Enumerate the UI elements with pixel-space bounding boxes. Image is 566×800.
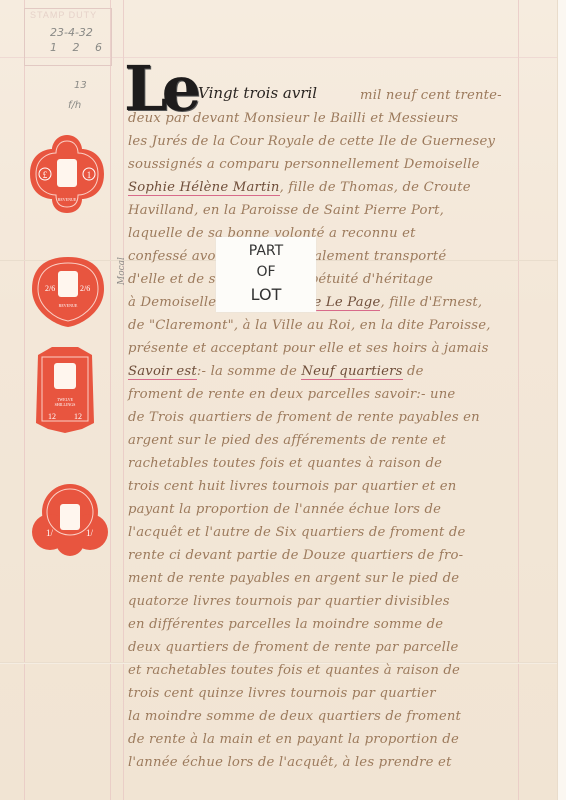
svg-text:2/6: 2/6 (45, 284, 55, 293)
note-line: LOT (216, 285, 316, 304)
text-line: Sophie Hélène Martin, fille de Thomas, d… (128, 180, 471, 195)
margin-signature: Mocal (117, 257, 127, 285)
seller-name: Sophie Hélène Martin (128, 180, 280, 196)
text-line: et rachetables toutes fois et quantes à … (128, 663, 460, 678)
svg-text:12: 12 (74, 412, 82, 421)
note-line: OF (216, 264, 316, 280)
neuf-quartiers: Neuf quartiers (301, 364, 402, 380)
text-line: en différentes parcelles la moindre somm… (128, 617, 443, 632)
text-fragment: , fille de Thomas, de Croute (280, 180, 471, 195)
text-line: trois cent quinze livres tournois par qu… (128, 686, 436, 701)
svg-text:REVENUE: REVENUE (58, 197, 77, 202)
text-line: soussignés a comparu personnellement Dem… (128, 157, 480, 172)
text-line: de "Claremont", à la Ville au Roi, en la… (128, 318, 491, 333)
text-line: Savoir est:- la somme de Neuf quartiers … (128, 364, 424, 379)
note-line: PART (216, 243, 316, 259)
text-fragment: :- la somme de (197, 364, 302, 379)
text-line: rente ci devant partie de Douze quartier… (128, 548, 463, 563)
text-line: deux quartiers de froment de rente par p… (128, 640, 459, 655)
text-line: ment de rente payables en argent sur le … (128, 571, 459, 586)
text-line: deux par devant Monsieur le Bailli et Me… (128, 111, 458, 126)
revenue-stamp-one-shilling: 1/ 1/ (30, 482, 110, 562)
text-fragment: à Demoiselle (128, 295, 221, 310)
text-line: froment de rente en deux parcelles savoi… (128, 387, 455, 402)
text-line: de Trois quartiers de froment de rente p… (128, 410, 480, 425)
text-line: argent sur le pied des afférements de re… (128, 433, 446, 448)
stamp-duty-label: STAMP DUTY (30, 10, 97, 20)
margin-rule (24, 0, 25, 800)
text-fragment: , fille d'Ernest, (380, 295, 482, 310)
text-line: payant la proportion de l'année échue lo… (128, 502, 441, 517)
text-fragment: de (403, 364, 424, 379)
svg-text:1/: 1/ (86, 528, 94, 538)
text-line: l'année échue lors de l'acquêt, à les pr… (128, 755, 452, 770)
svg-text:REVENUE: REVENUE (59, 303, 78, 308)
revenue-stamp-one-pound: £ 1 REVENUE (28, 133, 106, 215)
text-line: Havilland, en la Paroisse de Saint Pierr… (128, 203, 444, 218)
revenue-stamp-twelve-shillings: TWELVE SHILLINGS 12 12 (32, 345, 98, 435)
text-line: la moindre somme de deux quartiers de fr… (128, 709, 461, 724)
text-line: trois cent huit livres tournois par quar… (128, 479, 457, 494)
date-text: Vingt trois avril (198, 84, 317, 102)
page-edge (557, 0, 566, 800)
pencil-note: 13 (74, 80, 87, 91)
text-line: l'acquêt et l'autre de Six quartiers de … (128, 525, 466, 540)
text-line: les Jurés de la Cour Royale de cette Ile… (128, 134, 495, 149)
svg-text:12: 12 (48, 412, 56, 421)
svg-text:2/6: 2/6 (80, 284, 90, 293)
text-line: de rente à la main et en payant la propo… (128, 732, 459, 747)
margin-rule (110, 0, 111, 800)
text-line: rachetables toutes fois et quantes à rai… (128, 456, 442, 471)
margin-rule (518, 0, 519, 800)
svg-text:£: £ (43, 170, 48, 180)
text-line: quatorze livres tournois par quartier di… (128, 594, 450, 609)
svg-text:SHILLINGS: SHILLINGS (55, 402, 76, 407)
savoir-est: Savoir est (128, 364, 197, 380)
part-of-lot-label: PART OF LOT (216, 237, 316, 312)
svg-text:1: 1 (87, 170, 92, 180)
text-line: mil neuf cent trente- (360, 88, 502, 103)
text-line: présente et acceptant pour elle et ses h… (128, 341, 489, 356)
shield-stamp-icon: 2/6 2/6 REVENUE (30, 255, 106, 329)
pencil-date: 23-4-32 (50, 26, 93, 39)
svg-text:1/: 1/ (46, 528, 54, 538)
pencil-amount: 1 2 6 (50, 41, 108, 54)
ornate-stamp-icon: TWELVE SHILLINGS 12 12 (32, 345, 98, 435)
pencil-note: f/h (68, 100, 81, 111)
revenue-stamp-two-six: 2/6 2/6 REVENUE (30, 255, 106, 329)
document-page: STAMP DUTY 23-4-32 1 2 6 13 f/h Le Vingt… (0, 0, 566, 800)
trefoil-stamp-icon: 1/ 1/ (30, 482, 110, 562)
quatrefoil-stamp-icon: £ 1 REVENUE (28, 133, 106, 215)
